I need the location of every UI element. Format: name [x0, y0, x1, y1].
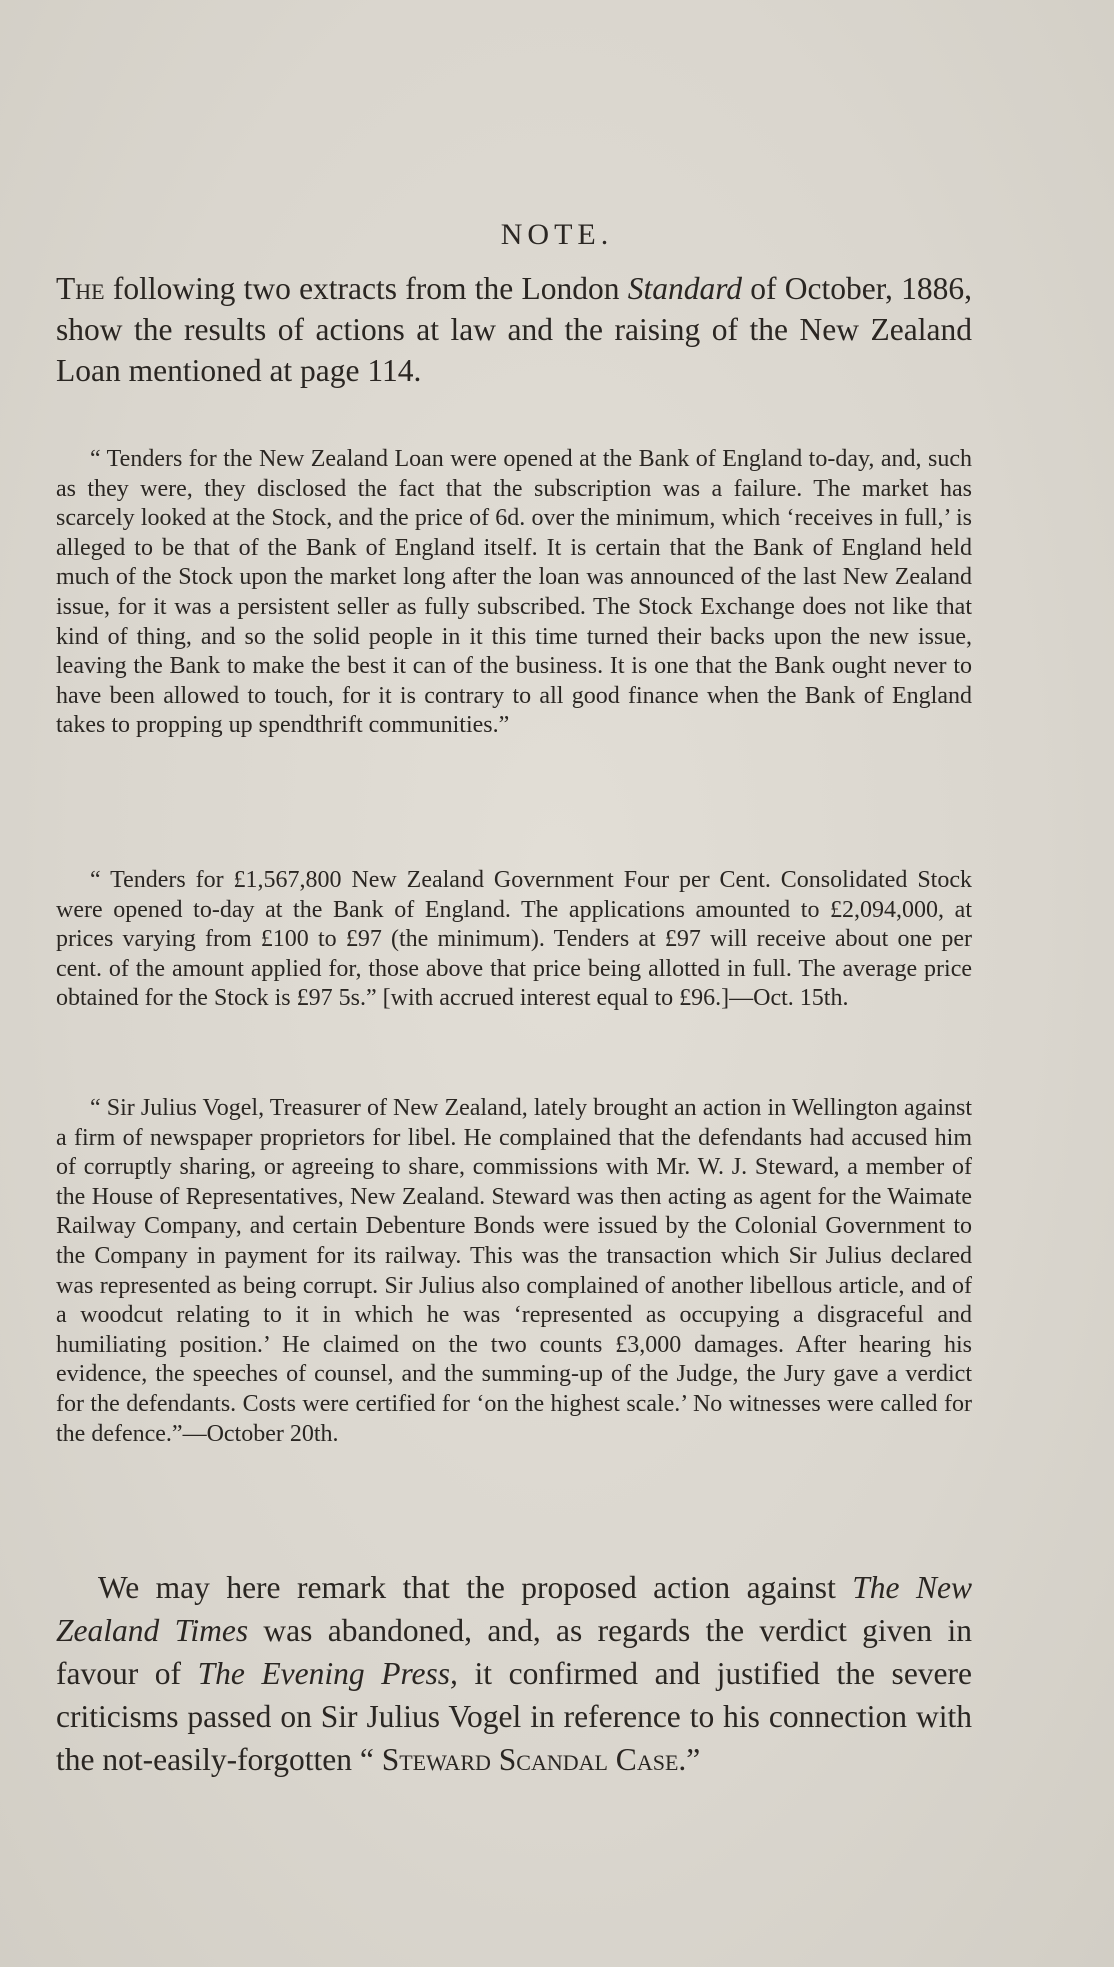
extract-text: “ Tenders for the New Zealand Loan were … [56, 445, 972, 741]
closing-text-1: We may here remark that the proposed act… [98, 1570, 852, 1605]
note-heading: NOTE. [0, 218, 1114, 252]
extract-text: “ Sir Julius Vogel, Treasurer of New Zea… [56, 1094, 972, 1449]
extract-loan-tenders: “ Tenders for the New Zealand Loan were … [56, 445, 972, 741]
extract-vogel-libel: “ Sir Julius Vogel, Treasurer of New Zea… [56, 1094, 972, 1449]
steward-scandal-case: Steward Scandal Case [382, 1742, 679, 1777]
extract-text: “ Tenders for £1,567,800 New Zealand Gov… [56, 866, 972, 1014]
extract-consolidated-stock: “ Tenders for £1,567,800 New Zealand Gov… [56, 866, 972, 1014]
newspaper-title-standard: Standard [628, 271, 742, 306]
closing-paragraph: We may here remark that the proposed act… [56, 1566, 972, 1781]
newspaper-title-evening-press: The Evening Press, [198, 1656, 458, 1691]
closing-text: We may here remark that the proposed act… [56, 1566, 972, 1781]
book-page: NOTE. The following two extracts from th… [0, 0, 1114, 1967]
intro-paragraph: The following two extracts from the Lond… [56, 268, 972, 391]
closing-text-4: .” [678, 1742, 700, 1777]
intro-text-1: following two extracts from the London [105, 271, 628, 306]
intro-lead-word: The [56, 271, 105, 306]
